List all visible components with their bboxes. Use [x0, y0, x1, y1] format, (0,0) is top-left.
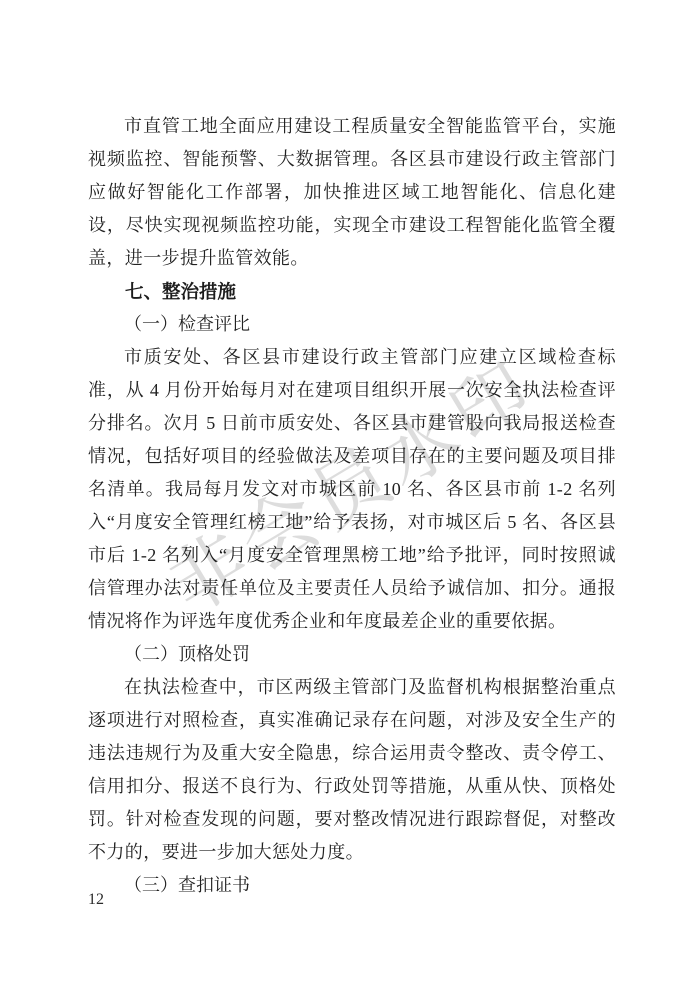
page-number: 12 [88, 890, 104, 910]
paragraph-maximum-penalty: 在执法检查中，市区两级主管部门及监督机构根据整治重点逐项进行对照检查，真实准确记… [88, 671, 616, 869]
subsection-heading-maximum-penalty: （二）顶格处罚 [88, 638, 616, 671]
paragraph-smart-supervision-platform: 市直管工地全面应用建设工程质量安全智能监管平台，实施视频监控、智能预警、大数据管… [88, 110, 616, 275]
subsection-heading-inspection-rating: （一）检查评比 [88, 308, 616, 341]
section-heading-remediation-measures: 七、整治措施 [88, 275, 616, 308]
document-body: 市直管工地全面应用建设工程质量安全智能监管平台，实施视频监控、智能预警、大数据管… [88, 110, 616, 902]
document-page: 非会员水印 市直管工地全面应用建设工程质量安全智能监管平台，实施视频监控、智能预… [0, 0, 700, 990]
paragraph-inspection-rating: 市质安处、各区县市建设行政主管部门应建立区域检查标准，从 4 月份开始每月对在建… [88, 341, 616, 638]
subsection-heading-certificate-seizure: （三）查扣证书 [88, 869, 616, 902]
